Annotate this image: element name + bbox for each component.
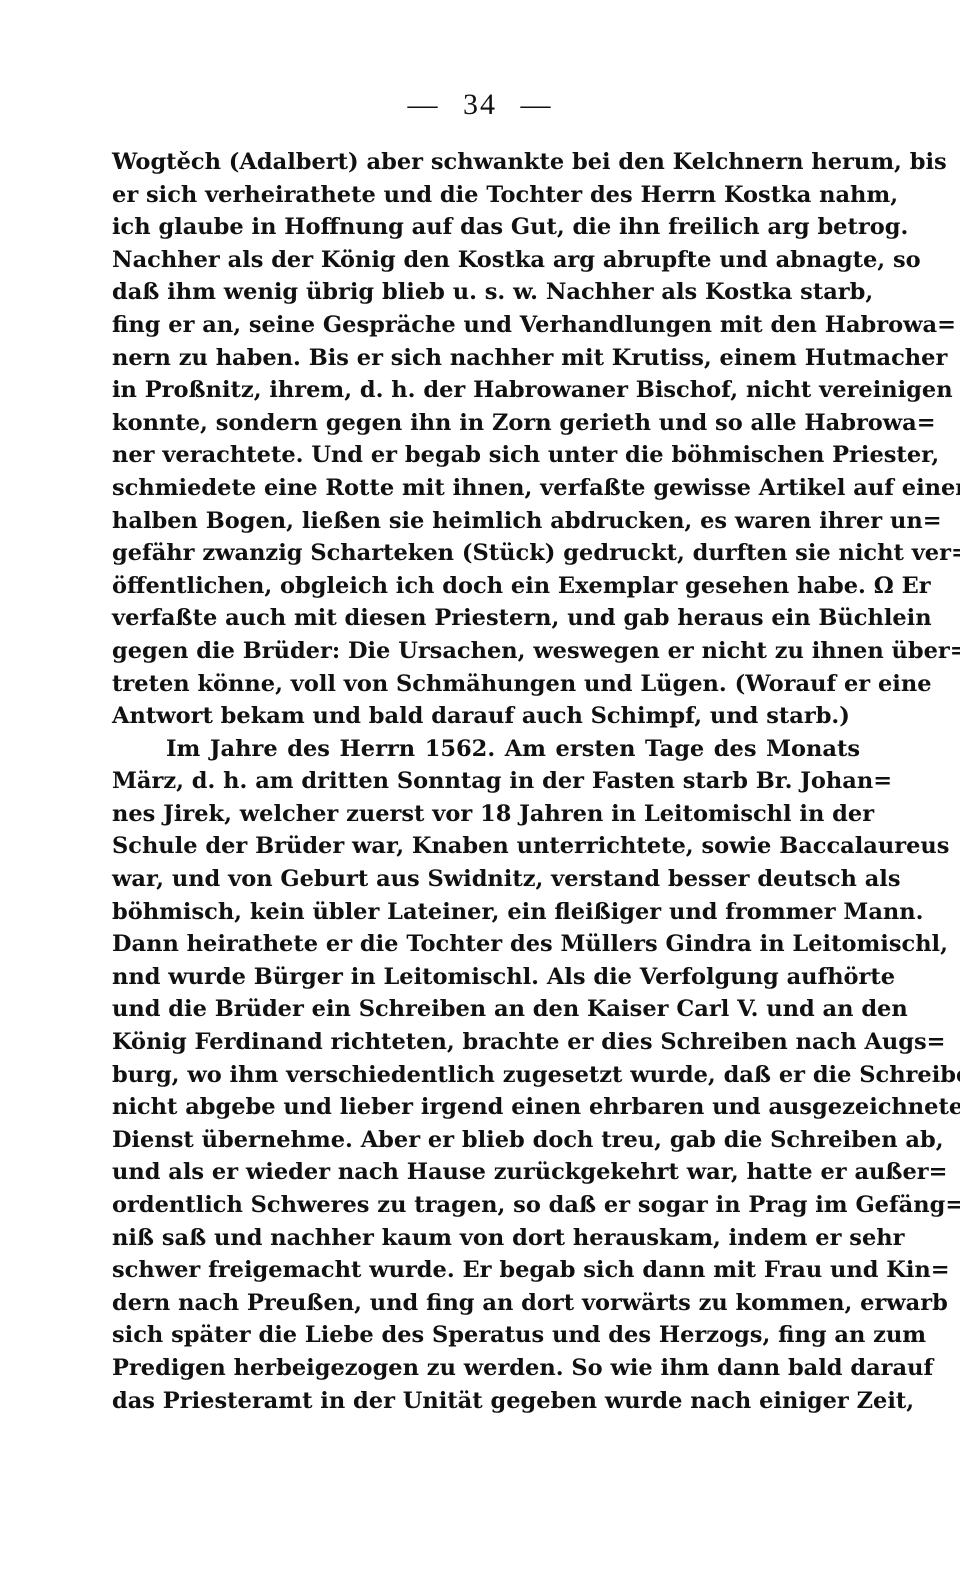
text-line: Dienst übernehme. Aber er blieb doch tre… [112,1124,860,1157]
text-line: Nachher als der König den Kostka arg abr… [112,244,860,277]
text-line: König Ferdinand richteten, brachte er di… [112,1026,860,1059]
text-line: niß saß und nachher kaum von dort heraus… [112,1222,860,1255]
text-line: Antwort bekam und bald darauf auch Schim… [112,700,860,733]
text-line: nicht abgebe und lieber irgend einen ehr… [112,1091,860,1124]
text-line: Dann heirathete er die Tochter des Mülle… [112,928,860,961]
text-line: schmiedete eine Rotte mit ihnen, verfaßt… [112,472,860,505]
text-line: gefähr zwanzig Scharteken (Stück) gedruc… [112,537,860,570]
text-line: Schule der Brüder war, Knaben unterricht… [112,830,860,863]
text-line: dern nach Preußen, und fing an dort vorw… [112,1287,860,1320]
body-text: Wogtěch (Adalbert) aber schwankte bei de… [112,146,860,1417]
paragraph-2: Im Jahre des Herrn 1562. Am ersten Tage … [112,733,860,1417]
text-line: treten könne, voll von Schmähungen und L… [112,668,860,701]
text-line: konnte, sondern gegen ihn in Zorn geriet… [112,407,860,440]
page-number: — 34 — [0,88,960,122]
text-line: Predigen herbeigezogen zu werden. So wie… [112,1352,860,1385]
page-number-value: 34 [463,88,497,121]
paragraph-1: Wogtěch (Adalbert) aber schwankte bei de… [112,146,860,733]
text-line: böhmisch, kein übler Lateiner, ein fleiß… [112,896,860,929]
text-line: schwer freigemacht wurde. Er begab sich … [112,1254,860,1287]
text-line: er sich verheirathete und die Tochter de… [112,179,860,212]
page-number-dash-left: — [408,88,440,122]
text-line: und als er wieder nach Hause zurückgekeh… [112,1156,860,1189]
text-line: ordentlich Schweres zu tragen, so daß er… [112,1189,860,1222]
text-line: in Proßnitz, ihrem, d. h. der Habrowaner… [112,374,860,407]
text-line: März, d. h. am dritten Sonntag in der Fa… [112,765,860,798]
text-line: fing er an, seine Gespräche und Verhandl… [112,309,860,342]
text-line: gegen die Brüder: Die Ursachen, weswegen… [112,635,860,668]
text-line: ner verachtete. Und er begab sich unter … [112,439,860,472]
text-line: war, und von Geburt aus Swidnitz, versta… [112,863,860,896]
text-line: nnd wurde Bürger in Leitomischl. Als die… [112,961,860,994]
text-line: verfaßte auch mit diesen Priestern, und … [112,602,860,635]
text-line: nes Jirek, welcher zuerst vor 18 Jahren … [112,798,860,831]
page-number-dash-right: — [521,88,553,122]
text-line: Wogtěch (Adalbert) aber schwankte bei de… [112,146,860,179]
text-line: das Priesteramt in der Unität gegeben wu… [112,1385,860,1418]
text-line: burg, wo ihm verschiedentlich zugesetzt … [112,1059,860,1092]
text-line: daß ihm wenig übrig blieb u. s. w. Nachh… [112,276,860,309]
text-line: sich später die Liebe des Speratus und d… [112,1319,860,1352]
text-line: Im Jahre des Herrn 1562. Am ersten Tage … [112,733,860,766]
text-line: nern zu haben. Bis er sich nachher mit K… [112,342,860,375]
text-line: und die Brüder ein Schreiben an den Kais… [112,993,860,1026]
text-line: öffentlichen, obgleich ich doch ein Exem… [112,570,860,603]
text-line: ich glaube in Hoffnung auf das Gut, die … [112,211,860,244]
text-line: halben Bogen, ließen sie heimlich abdruc… [112,505,860,538]
